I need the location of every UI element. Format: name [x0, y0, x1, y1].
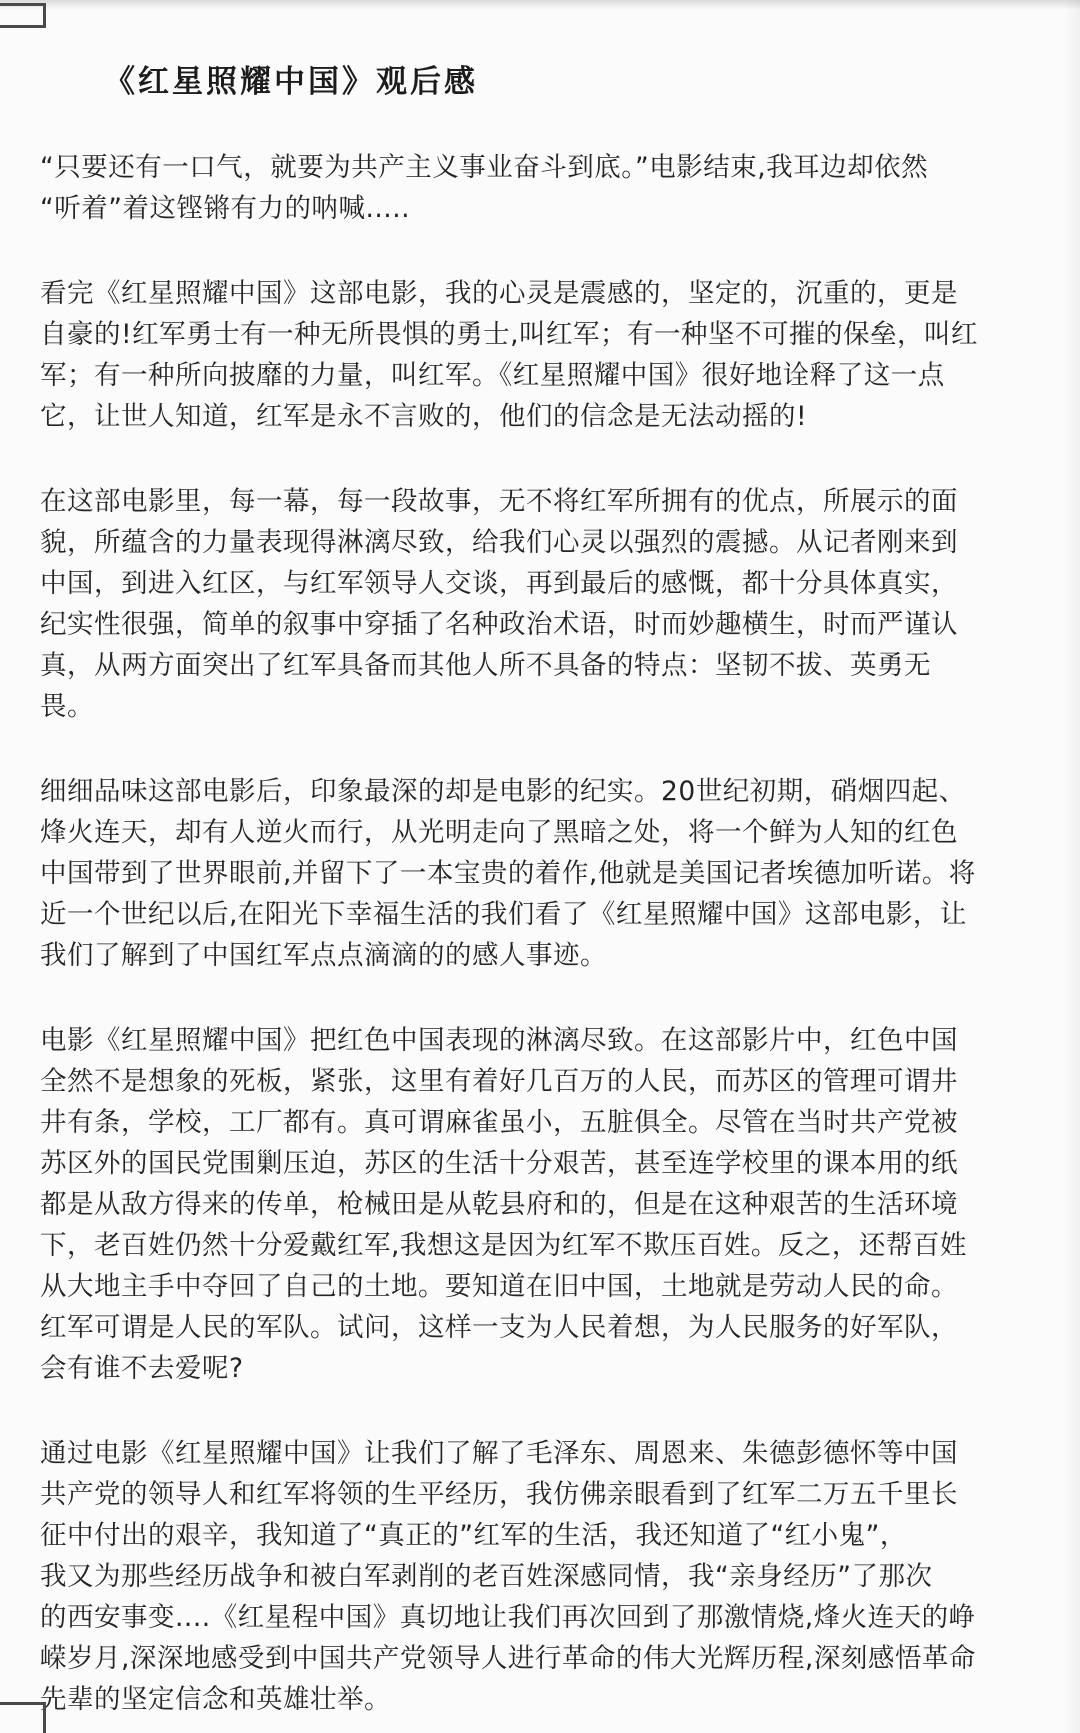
- text-line: 全然不是想象的死板，紧张，这里有着好几百万的人民，而苏区的管理可谓井: [40, 1061, 1040, 1102]
- text-line: 我又为那些经历战争和被白军剥削的老百姓深感同情，我“亲身经历”了那次: [40, 1556, 1040, 1597]
- text-line: 自豪的!红军勇士有一种无所畏惧的勇士,叫红军；有一种坚不可摧的保垒，叫红: [40, 314, 1040, 355]
- text-line: 中国带到了世界眼前,并留下了一本宝贵的着作,他就是美国记者埃德加听诺。将: [40, 853, 1040, 894]
- text-line: 烽火连天，却有人逆火而行，从光明走向了黑暗之处，将一个鲜为人知的红色: [40, 812, 1040, 853]
- document-page: 《红星照耀中国》观后感 “只要还有一口气，就要为共产主义事业奋斗到底。”电影结束…: [0, 0, 1080, 1733]
- paragraph: “只要还有一口气，就要为共产主义事业奋斗到底。”电影结束,我耳边却依然“听着”着…: [40, 147, 1040, 229]
- text-line: 先辈的坚定信念和英雄壮举。: [40, 1679, 1040, 1720]
- text-line: 军；有一种所向披靡的力量，叫红军。《红星照耀中国》很好地诠释了这一点: [40, 355, 1040, 396]
- text-line: 畏。: [40, 686, 1040, 727]
- text-line: 纪实性很强，简单的叙事中穿插了名种政治术语，时而妙趣横生，时而严谨认: [40, 604, 1040, 645]
- text-line: 它，让世人知道，红军是永不言败的，他们的信念是无法动摇的!: [40, 396, 1040, 437]
- text-line: 真，从两方面突出了红军具备而其他人所不具备的特点：坚韧不拔、英勇无: [40, 645, 1040, 686]
- text-line: 在这部电影里，每一幕，每一段故事，无不将红军所拥有的优点，所展示的面: [40, 481, 1040, 522]
- paragraph: 通过电影《红星照耀中国》让我们了解了毛泽东、周恩来、朱德彭德怀等中国共产党的领导…: [40, 1433, 1040, 1720]
- text-line: 的西安事变....《红星程中国》真切地让我们再次回到了那激情烧,烽火连天的峥: [40, 1597, 1040, 1638]
- text-line: 下，老百姓仍然十分爱戴红军,我想这是因为红军不欺压百姓。反之，还帮百姓: [40, 1225, 1040, 1266]
- essay-body: “只要还有一口气，就要为共产主义事业奋斗到底。”电影结束,我耳边却依然“听着”着…: [40, 147, 1040, 1720]
- text-line: 征中付出的艰辛，我知道了“真正的”红军的生活，我还知道了“红小鬼”，: [40, 1515, 1040, 1556]
- text-line: 嵘岁月,深深地感受到中国共产党领导人进行革命的伟大光辉历程,深刻感悟革命: [40, 1638, 1040, 1679]
- page-corner-mark-top-left: [0, 3, 46, 28]
- text-line: 细细品味这部电影后，印象最深的却是电影的纪实。20世纪初期，硝烟四起、: [40, 771, 1040, 812]
- text-line: 从大地主手中夺回了自己的土地。要知道在旧中国，土地就是劳动人民的命。: [40, 1266, 1040, 1307]
- text-line: 红军可谓是人民的军队。试问，这样一支为人民着想，为人民服务的好军队，: [40, 1307, 1040, 1348]
- text-line: 近一个世纪以后,在阳光下幸福生活的我们看了《红星照耀中国》这部电影，让: [40, 894, 1040, 935]
- text-line: 通过电影《红星照耀中国》让我们了解了毛泽东、周恩来、朱德彭德怀等中国: [40, 1433, 1040, 1474]
- paragraph: 电影《红星照耀中国》把红色中国表现的淋漓尽致。在这部影片中，红色中国全然不是想象…: [40, 1020, 1040, 1389]
- text-line: 都是从敌方得来的传单，枪械田是从乾县府和的，但是在这种艰苦的生活环境: [40, 1184, 1040, 1225]
- text-line: 中国，到进入红区，与红军领导人交谈，再到最后的感慨，都十分具体真实，: [40, 563, 1040, 604]
- text-line: 会有谁不去爱呢?: [40, 1348, 1040, 1389]
- text-line: “听着”着这铿锵有力的呐喊.....: [40, 188, 1040, 229]
- text-line: 貌，所蕴含的力量表现得淋漓尽致，给我们心灵以强烈的震撼。从记者刚来到: [40, 522, 1040, 563]
- page-corner-mark-bottom-left: [0, 1702, 46, 1733]
- text-line: “只要还有一口气，就要为共产主义事业奋斗到底。”电影结束,我耳边却依然: [40, 147, 1040, 188]
- text-line: 苏区外的国民党围剿压迫，苏区的生活十分艰苦，甚至连学校里的课本用的纸: [40, 1143, 1040, 1184]
- text-line: 电影《红星照耀中国》把红色中国表现的淋漓尽致。在这部影片中，红色中国: [40, 1020, 1040, 1061]
- paragraph: 在这部电影里，每一幕，每一段故事，无不将红军所拥有的优点，所展示的面貌，所蕴含的…: [40, 481, 1040, 727]
- text-line: 共产党的领导人和红军将领的生平经历，我仿佛亲眼看到了红军二万五千里长: [40, 1474, 1040, 1515]
- page-title: 《红星照耀中国》观后感: [104, 56, 1040, 101]
- text-line: 我们了解到了中国红军点点滴滴的的感人事迹。: [40, 935, 1040, 976]
- paragraph: 看完《红星照耀中国》这部电影，我的心灵是震感的，坚定的，沉重的，更是自豪的!红军…: [40, 273, 1040, 437]
- text-line: 井有条，学校，工厂都有。真可谓麻雀虽小，五脏俱全。尽管在当时共产党被: [40, 1102, 1040, 1143]
- text-line: 看完《红星照耀中国》这部电影，我的心灵是震感的，坚定的，沉重的，更是: [40, 273, 1040, 314]
- paragraph: 细细品味这部电影后，印象最深的却是电影的纪实。20世纪初期，硝烟四起、烽火连天，…: [40, 771, 1040, 976]
